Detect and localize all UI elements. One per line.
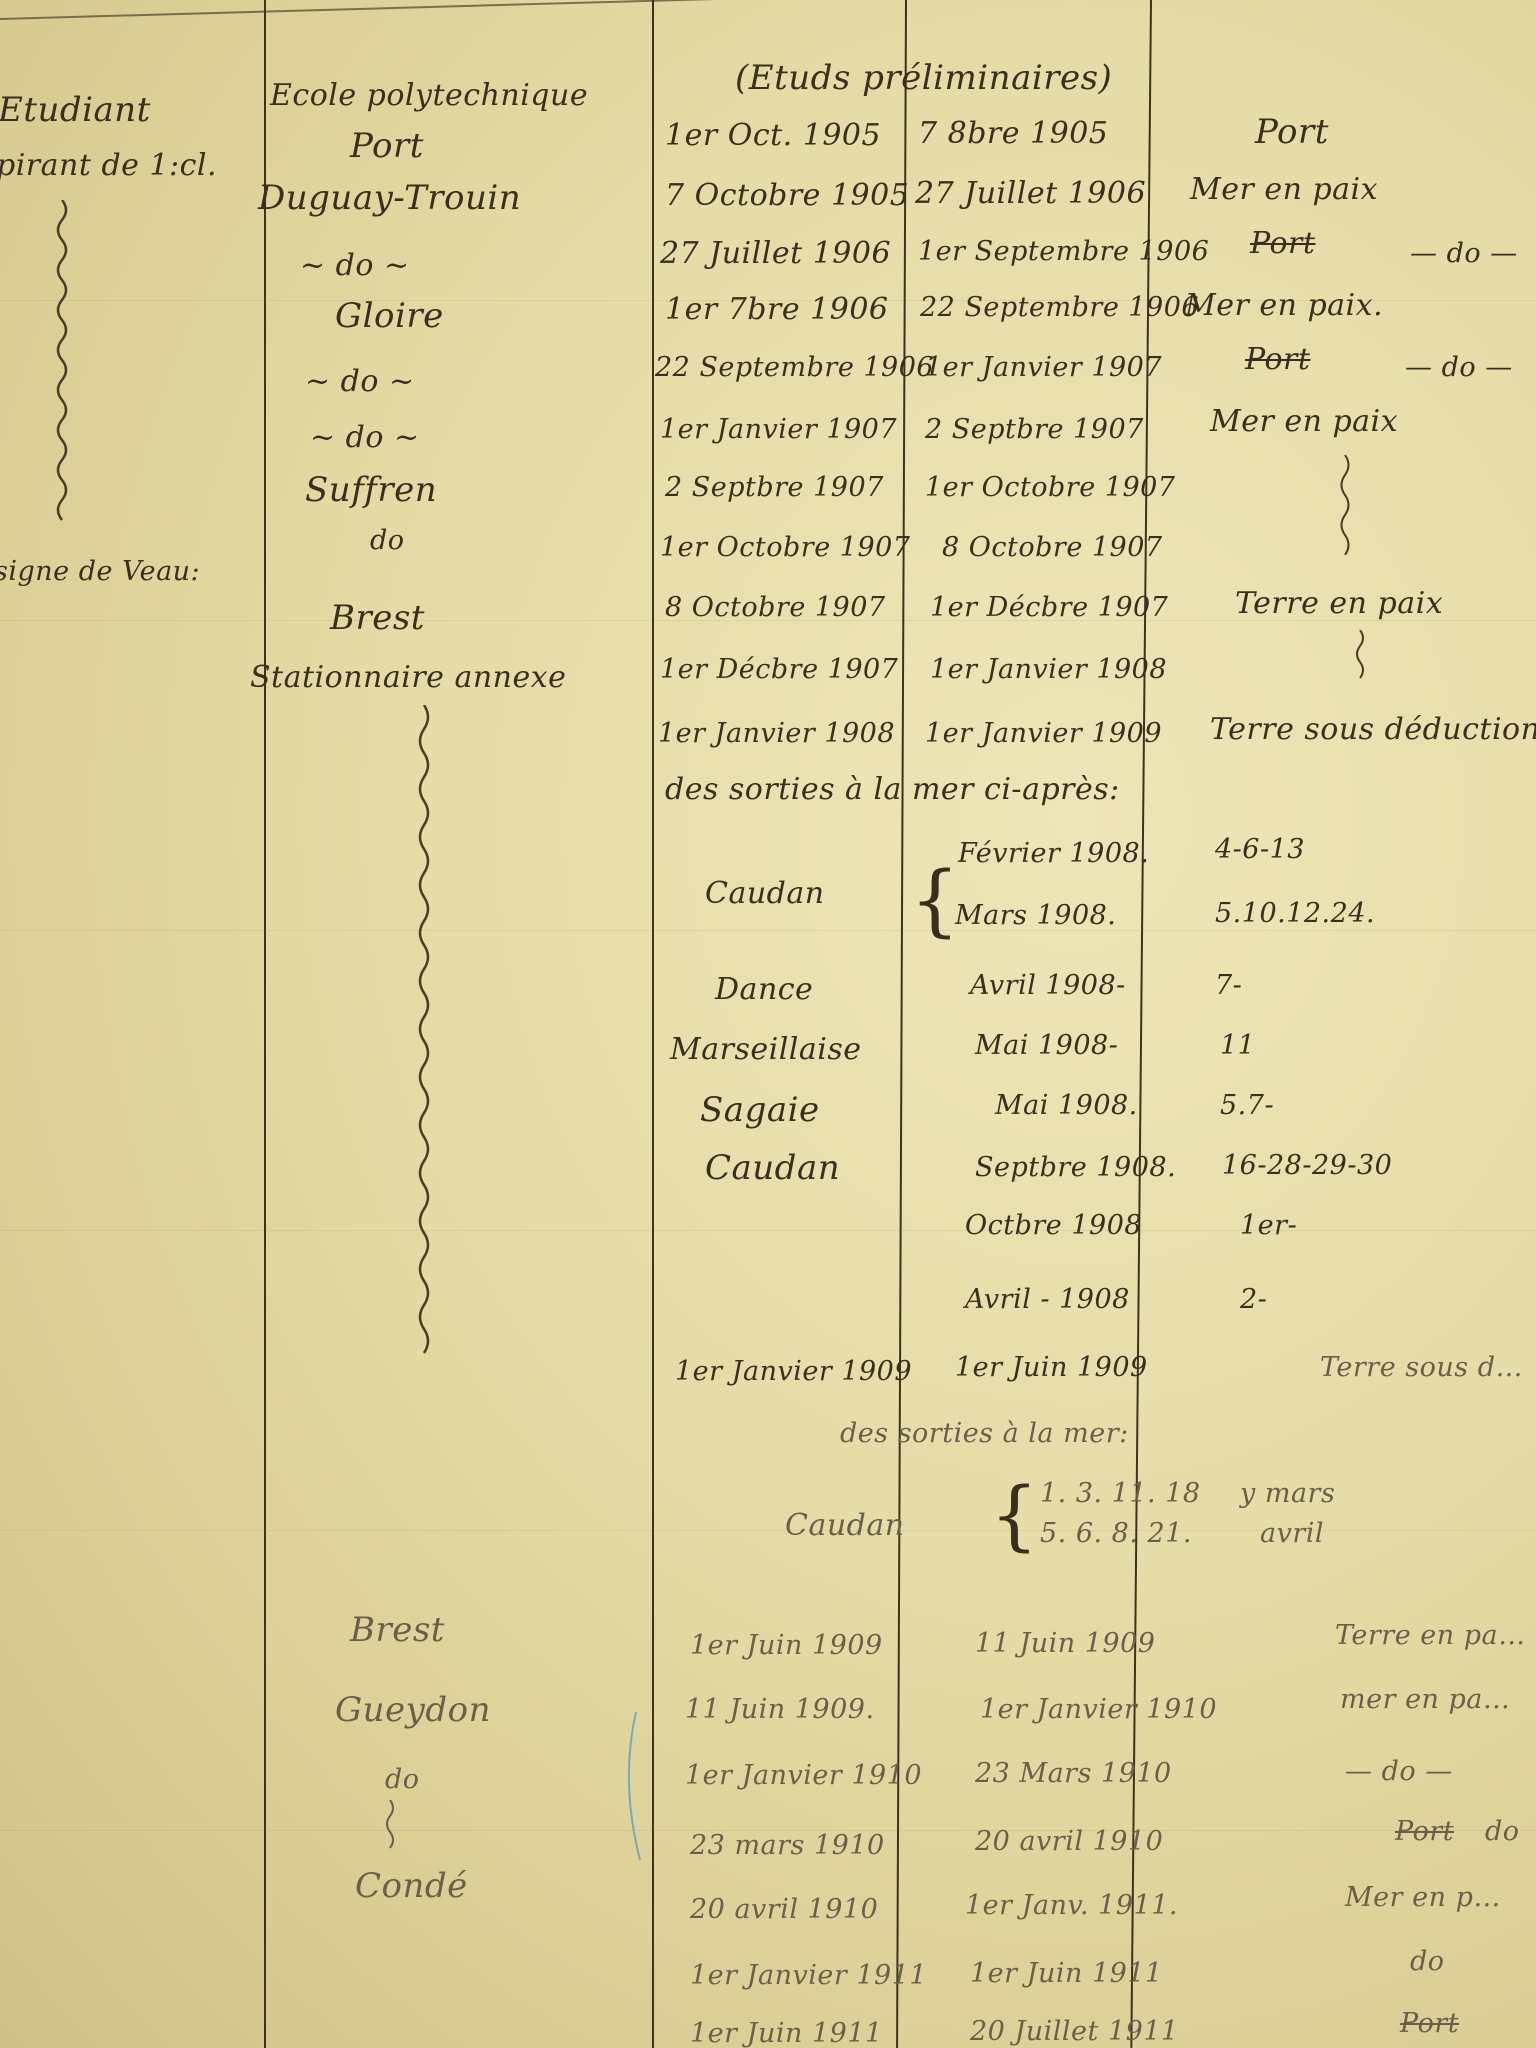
row-4-from: 1er 7bre 1906 <box>665 292 889 327</box>
sortie-5-ship: Sagaie <box>700 1090 820 1130</box>
header-etudes-preliminaires: (Etuds préliminaires) <box>735 58 1112 98</box>
later-3-from: 1er Janvier 1910 <box>685 1760 922 1791</box>
sortie-3-days: 7- <box>1215 970 1242 1001</box>
later-4-from: 23 mars 1910 <box>690 1830 885 1861</box>
row-2-from: 7 Octobre 1905 <box>665 178 909 213</box>
sortie-1-days: 4-6-13 <box>1215 834 1305 865</box>
sortie-3-month: Avril 1908- <box>970 970 1126 1001</box>
top-rule <box>0 0 1535 20</box>
row-1-position: Port <box>1255 112 1329 152</box>
row-1909-position: Terre sous d… <box>1320 1352 1523 1383</box>
sortie-2-days: 5.10.12.24. <box>1215 898 1375 929</box>
row-9-position: Terre en paix <box>1235 586 1443 621</box>
row-4-position: Mer en paix. <box>1185 288 1383 323</box>
sortie-6-month: Septbre 1908. <box>975 1152 1176 1183</box>
later-6-from: 1er Janvier 1911 <box>690 1960 927 1991</box>
sortie-1909-line1-month: y mars <box>1240 1478 1335 1509</box>
ship-stationnaire-annexe: Stationnaire annexe <box>250 660 566 695</box>
ship-port: Port <box>350 126 424 166</box>
later-7-to: 20 Juillet 1911 <box>970 2016 1179 2047</box>
row-5-position: Port <box>1245 342 1310 377</box>
continuation-squiggle-2 <box>412 705 436 1365</box>
continuation-squiggle-3 <box>1335 455 1355 555</box>
sortie-6-ship: Caudan <box>705 1148 840 1188</box>
later-7-position: Port <box>1400 2008 1459 2039</box>
column-divider-1 <box>264 0 266 2048</box>
later-2-ship: Gueydon <box>335 1690 491 1730</box>
sortie-1909-ship: Caudan <box>785 1508 905 1543</box>
sortie-7-days: 1er- <box>1240 1210 1297 1241</box>
row-10-to: 1er Janvier 1908 <box>930 654 1167 685</box>
later-3-position: — do — <box>1345 1756 1453 1787</box>
row-10-from: 1er Décbre 1907 <box>660 654 898 685</box>
ship-brest: Brest <box>330 598 425 638</box>
row-3-to: 1er Septembre 1906 <box>918 236 1209 267</box>
row-5-from: 22 Septembre 1906 <box>655 352 934 383</box>
later-5-from: 20 avril 1910 <box>690 1894 878 1925</box>
ship-ditto-3: ~ do ~ <box>310 420 420 455</box>
row-3-from: 27 Juillet 1906 <box>660 236 891 271</box>
sortie-2-month: Mars 1908. <box>955 900 1116 931</box>
later-6-to: 1er Juin 1911 <box>970 1958 1163 1989</box>
sortie-1909-line2-month: avril <box>1260 1518 1324 1549</box>
sortie-4-ship: Marseillaise <box>670 1032 862 1067</box>
sortie-3-ship: Dance <box>715 972 813 1007</box>
later-2-from: 11 Juin 1909. <box>685 1694 875 1725</box>
row-6-position: Mer en paix <box>1210 404 1398 439</box>
sortie-6-days: 16-28-29-30 <box>1222 1150 1392 1181</box>
blue-bracket-mark <box>618 1712 648 1862</box>
grade-etudiant: Etudiant <box>0 90 151 130</box>
later-7-from: 1er Juin 1911 <box>690 2018 883 2048</box>
register-page: (Etuds préliminaires) Etudiant pirant de… <box>0 0 1536 2048</box>
row-11-to: 1er Janvier 1909 <box>925 718 1162 749</box>
deduction-note-2: des sorties à la mer: <box>840 1418 1129 1449</box>
row-1909-to: 1er Juin 1909 <box>955 1352 1148 1383</box>
sortie-4-month: Mai 1908- <box>975 1030 1118 1061</box>
row-3-ditto: — do — <box>1410 238 1518 269</box>
row-3-position: Port <box>1250 226 1315 261</box>
ship-ditto-2: ~ do ~ <box>305 364 415 399</box>
row-8-from: 1er Octobre 1907 <box>660 532 910 563</box>
grade-aspirant: pirant de 1:cl. <box>0 148 217 183</box>
sortie-1909-line1-days: 1. 3. 11. 18 <box>1040 1478 1201 1509</box>
row-9-to: 1er Décbre 1907 <box>930 592 1168 623</box>
sortie-1-ship: Caudan <box>705 876 825 911</box>
later-4-ditto: do <box>1485 1816 1520 1847</box>
sortie-4-days: 11 <box>1220 1030 1255 1061</box>
brace-2: { <box>990 1470 1038 1559</box>
row-7-to: 1er Octobre 1907 <box>925 472 1175 503</box>
row-8-to: 8 Octobre 1907 <box>942 532 1163 563</box>
ship-ditto-1: ~ do ~ <box>300 248 410 283</box>
row-1-from: 1er Oct. 1905 <box>665 118 881 153</box>
later-1-position: Terre en pa… <box>1335 1620 1526 1651</box>
sortie-1909-line2-days: 5. 6. 8. 21. <box>1040 1518 1192 1549</box>
sortie-5-month: Mai 1908. <box>995 1090 1138 1121</box>
later-5-ship: Condé <box>355 1866 468 1906</box>
later-5-to: 1er Janv. 1911. <box>965 1890 1178 1921</box>
row-4-to: 22 Septembre 1906 <box>920 292 1199 323</box>
later-1-from: 1er Juin 1909 <box>690 1630 883 1661</box>
ship-ecole-polytechnique: Ecole polytechnique <box>270 78 588 113</box>
row-5-to: 1er Janvier 1907 <box>925 352 1162 383</box>
later-3-ship: do <box>385 1764 420 1795</box>
brace-1: { <box>910 856 960 946</box>
row-2-to: 27 Juillet 1906 <box>915 176 1146 211</box>
continuation-squiggle-4 <box>1352 630 1368 680</box>
later-1-to: 11 Juin 1909 <box>975 1628 1155 1659</box>
row-7-from: 2 Septbre 1907 <box>665 472 884 503</box>
row-1909-from: 1er Janvier 1909 <box>675 1356 912 1387</box>
row-6-from: 1er Janvier 1907 <box>660 414 897 445</box>
sortie-1-month: Février 1908. <box>958 838 1149 869</box>
continuation-squiggle-5 <box>382 1800 398 1850</box>
later-6-position: do <box>1410 1946 1445 1977</box>
later-2-position: mer en pa… <box>1340 1684 1510 1715</box>
sortie-5-days: 5.7- <box>1220 1090 1274 1121</box>
column-divider-2 <box>652 0 654 2048</box>
later-3-to: 23 Mars 1910 <box>975 1758 1172 1789</box>
row-9-from: 8 Octobre 1907 <box>665 592 886 623</box>
later-2-to: 1er Janvier 1910 <box>980 1694 1217 1725</box>
row-11-from: 1er Janvier 1908 <box>658 718 895 749</box>
ship-gloire: Gloire <box>335 296 444 336</box>
sortie-8-month: Avril - 1908 <box>965 1284 1130 1315</box>
later-4-position: Port <box>1395 1816 1454 1847</box>
row-6-to: 2 Septbre 1907 <box>925 414 1144 445</box>
row-1-to: 7 8bre 1905 <box>918 116 1108 151</box>
deduction-note-1: des sorties à la mer ci-après: <box>665 772 1120 807</box>
sortie-7-month: Octbre 1908 <box>965 1210 1142 1241</box>
row-11-position: Terre sous déduction <box>1210 712 1536 747</box>
later-4-to: 20 avril 1910 <box>975 1826 1163 1857</box>
later-1-ship: Brest <box>350 1610 445 1650</box>
ship-suffren: Suffren <box>305 470 437 510</box>
sortie-8-days: 2- <box>1240 1284 1267 1315</box>
continuation-squiggle <box>50 200 74 530</box>
ship-duguay-trouin: Duguay-Trouin <box>258 178 521 218</box>
row-5-ditto: — do — <box>1405 352 1513 383</box>
column-divider-3 <box>896 0 907 2048</box>
grade-enseigne: signe de Veau: <box>0 556 200 587</box>
later-5-position: Mer en p… <box>1345 1882 1501 1913</box>
ship-ditto-4: do <box>370 525 405 556</box>
row-2-position: Mer en paix <box>1190 172 1378 207</box>
